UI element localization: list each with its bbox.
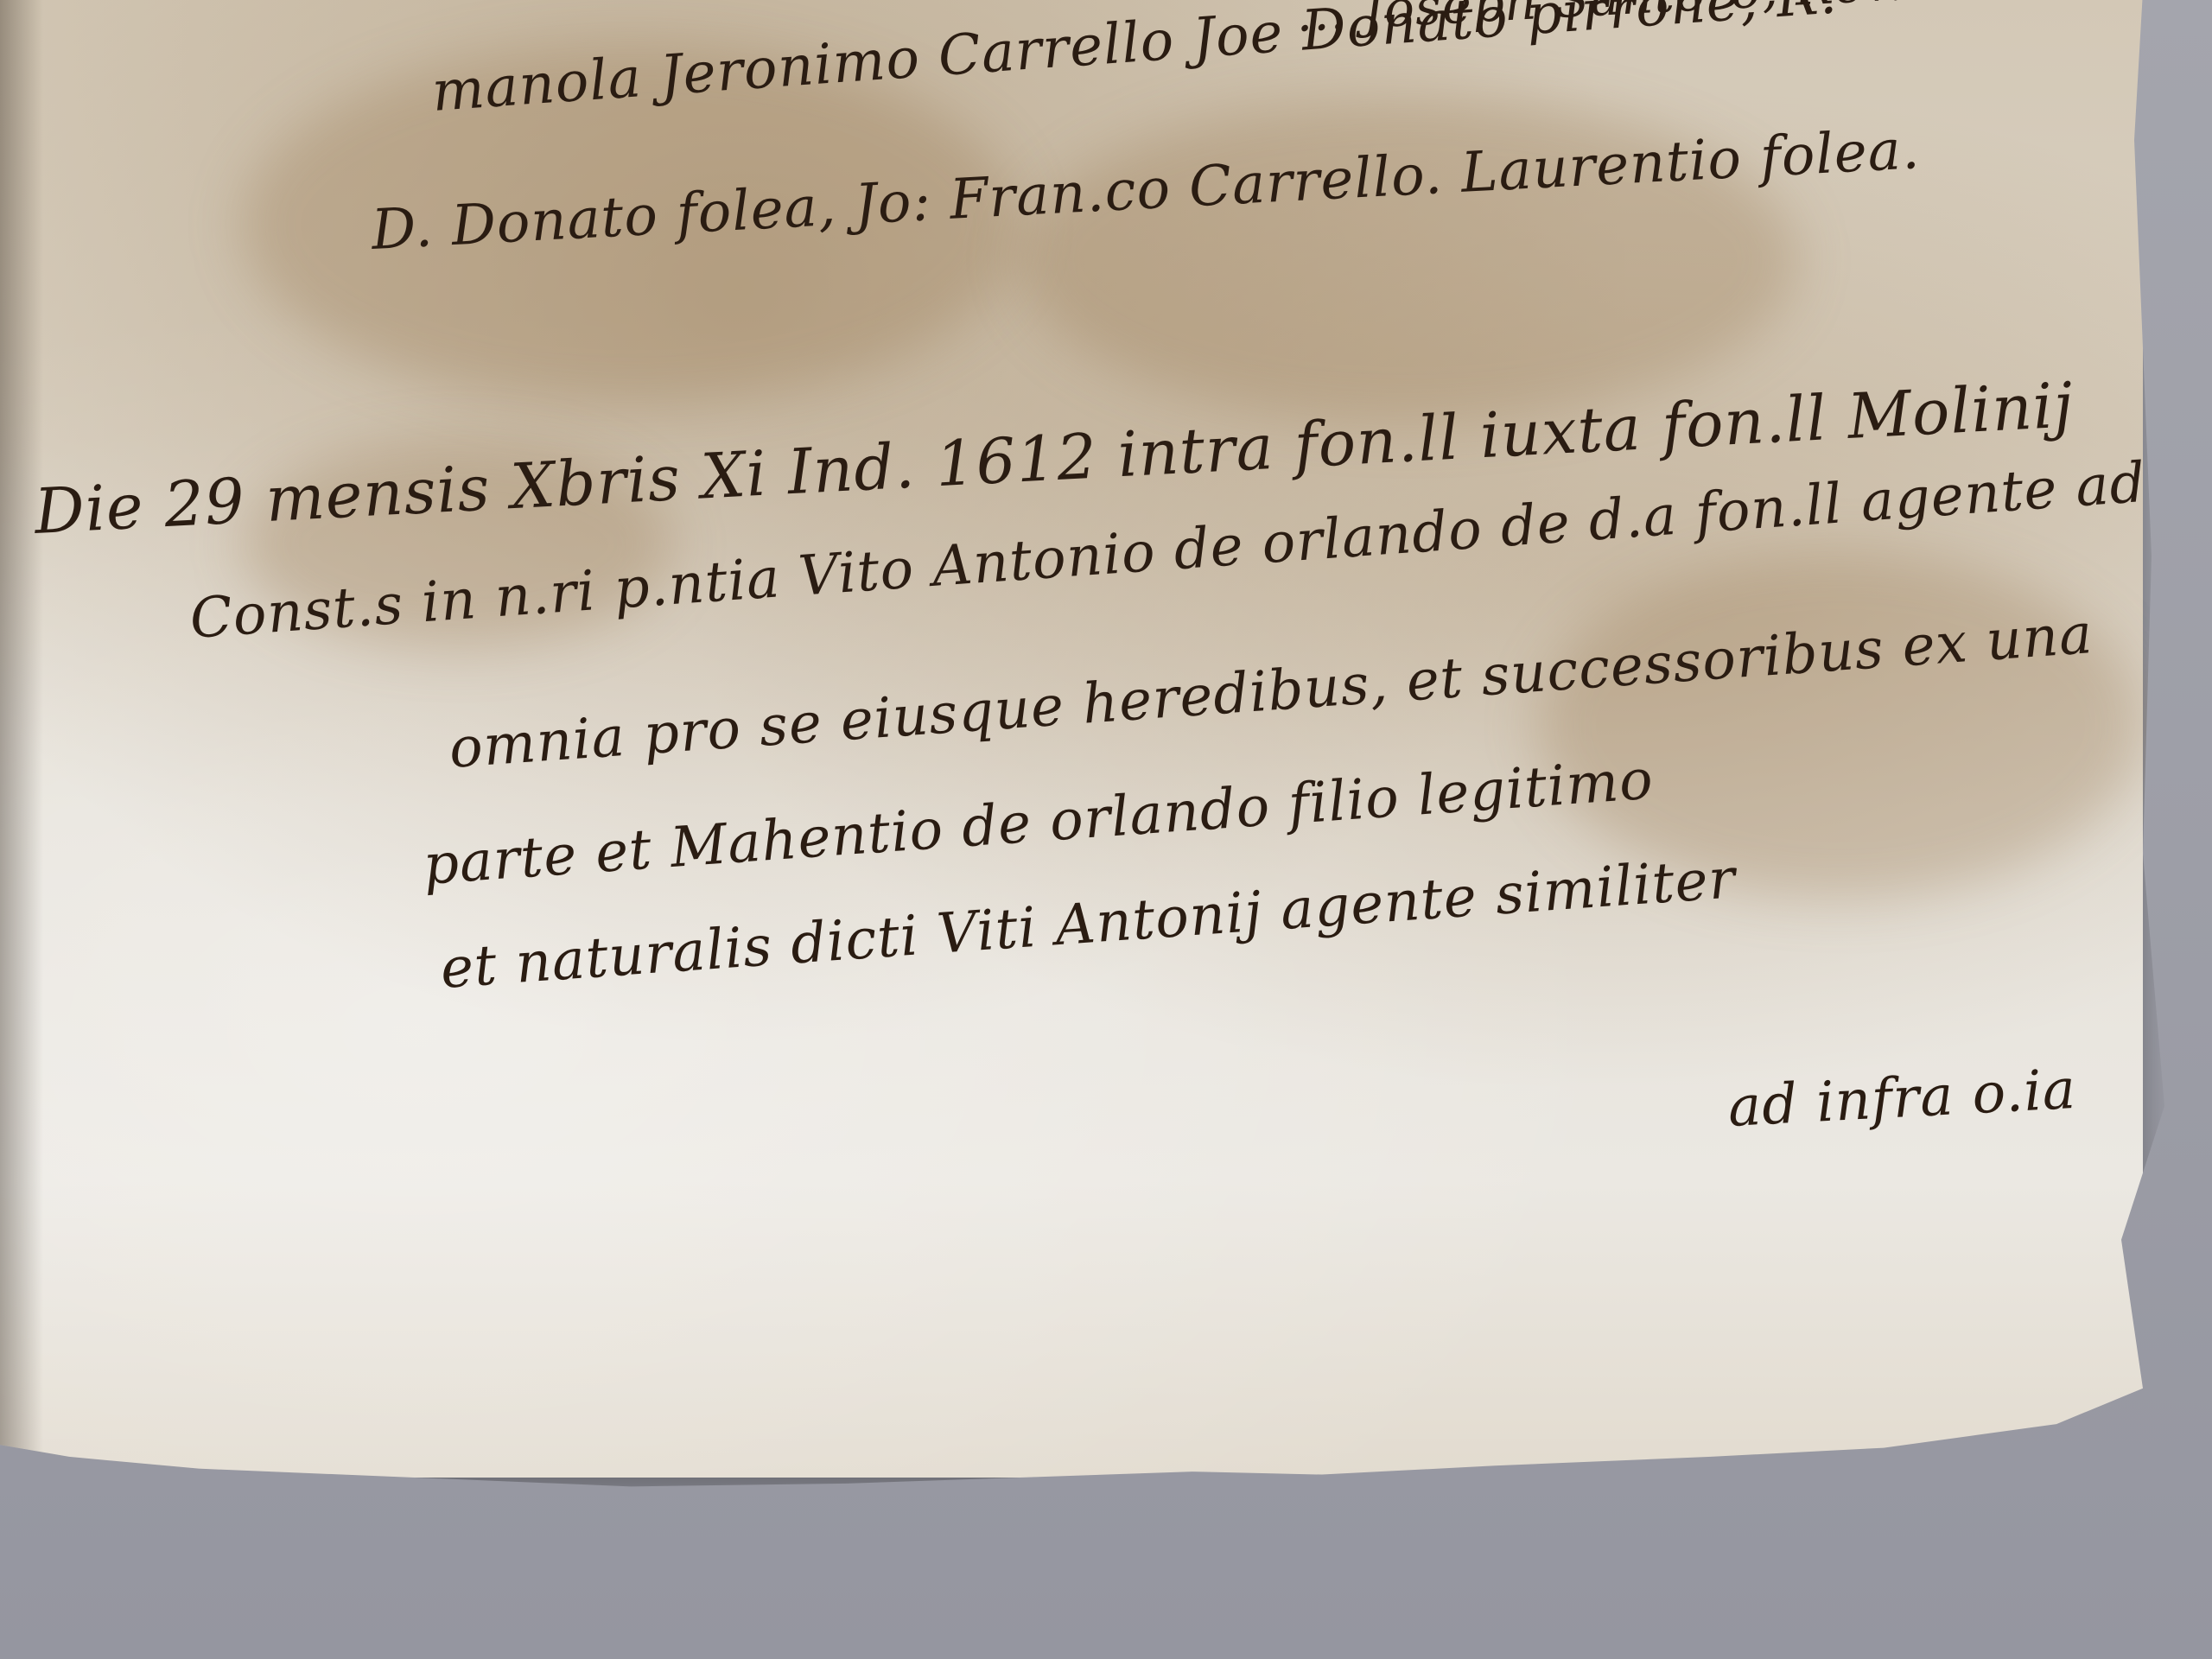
manuscript-page: ... Joseph Santoro, Rev. manola Jeronimo… <box>0 0 2143 1478</box>
text-line: ad infra o.ia <box>1726 1058 2078 1140</box>
page-gutter-shadow <box>0 0 43 1478</box>
text-line: manola Jeronimo Carrello Joe Donato pirr… <box>429 0 1839 124</box>
